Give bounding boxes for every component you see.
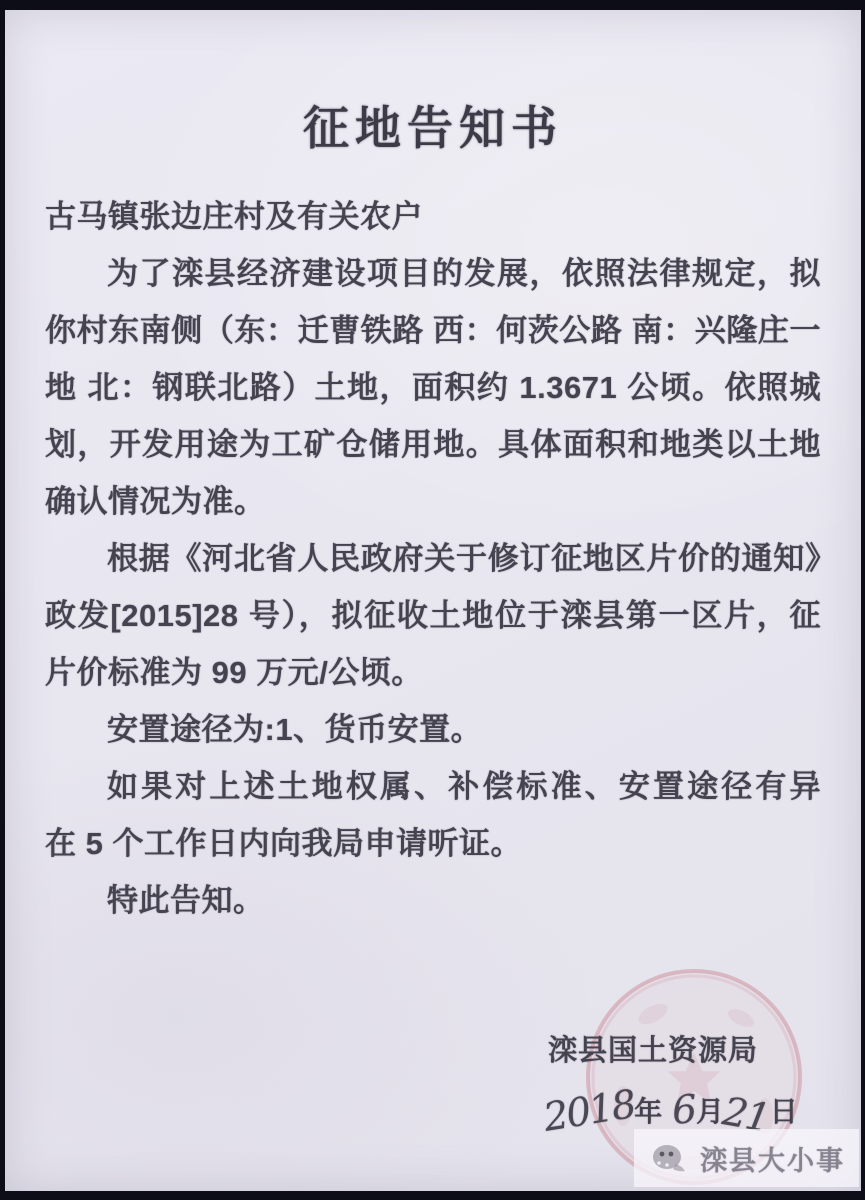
day-label: 日: [770, 1096, 798, 1127]
watermark: 滦县大小事: [634, 1129, 859, 1187]
body-line: 确认情况为准。: [45, 473, 821, 530]
photo-frame: 征地告知书 古马镇张边庄村及有关农户 为了滦县经济建设项目的发展，依照法律规定，…: [0, 0, 865, 1200]
body-line: 政发[2015]28 号），拟征收土地位于滦县第一区片，征地区: [45, 587, 821, 644]
year-label: 年: [634, 1096, 662, 1127]
mascot-logo-icon: [650, 1142, 688, 1174]
body-line: 为了滦县经济建设项目的发展，依照法律规定，拟征收: [45, 245, 821, 302]
month-label: 月: [696, 1096, 724, 1127]
issuing-agency: 滦县国土资源局: [543, 1032, 763, 1070]
body-line: 地 北：钢联北路）土地，面积约 1.3671 公顷。依照城镇规: [45, 359, 821, 416]
handwritten-month: 6: [671, 1087, 697, 1133]
salutation: 古马镇张边庄村及有关农户: [45, 188, 821, 245]
signature-block: 滦县国土资源局 2018年6月21日: [543, 1032, 763, 1131]
body-line: 划，开发用途为工矿仓储用地。具体面积和地类以土地调查: [45, 416, 821, 473]
closing-line: 特此告知。: [45, 872, 821, 929]
body-line: 如果对上述土地权属、补偿标准、安置途径有异议，请: [45, 758, 821, 815]
notice-document: 征地告知书 古马镇张边庄村及有关农户 为了滦县经济建设项目的发展，依照法律规定，…: [5, 10, 861, 1191]
document-body: 古马镇张边庄村及有关农户 为了滦县经济建设项目的发展，依照法律规定，拟征收 你村…: [45, 188, 821, 929]
body-line: 片价标准为 99 万元/公顷。: [45, 644, 821, 701]
body-line: 你村东南侧（东：迁曹铁路 西：何茨公路 南：兴隆庄一村: [45, 302, 821, 359]
body-line: 安置途径为:1、货币安置。: [45, 701, 821, 758]
body-line: 在 5 个工作日内向我局申请听证。: [45, 815, 821, 872]
handwritten-year: 2018: [541, 1082, 638, 1141]
document-title: 征地告知书: [5, 92, 861, 158]
issue-date: 2018年6月21日: [543, 1086, 763, 1131]
body-line: 根据《河北省人民政府关于修订征地区片价的通知》（冀: [45, 530, 821, 587]
watermark-label: 滦县大小事: [700, 1139, 845, 1178]
